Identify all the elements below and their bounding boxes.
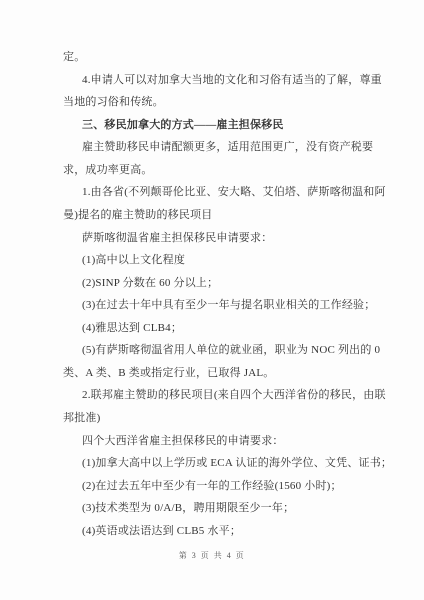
- list-item-line: (1)高中以上文化程度: [63, 249, 398, 272]
- text-line: 2.联邦雇主赞助的移民项目(来自四个大西洋省份的移民，由联: [63, 384, 398, 407]
- page-number: 第 3 页 共 4 页: [0, 550, 424, 562]
- list-item-line: (1)加拿大高中以上学历或 ECA 认证的海外学位、文凭、证书；: [63, 452, 398, 475]
- text-line: 萨斯喀彻温省雇主担保移民申请要求：: [63, 227, 398, 250]
- text-line: 邦批准): [63, 407, 398, 430]
- document-page: 定。 4.申请人可以对加拿大当地的文化和习俗有适当的了解，尊重 当地的习俗和传统…: [0, 0, 424, 600]
- list-item-line: (3)技术类型为 0/A/B，聘用期限至少一年；: [63, 497, 398, 520]
- list-item-line: (2)SINP 分数在 60 分以上；: [63, 272, 398, 295]
- text-line: 雇主赞助移民申请配额更多，适用范围更广，没有资产税要: [63, 136, 398, 159]
- list-item-line: (3)在过去十年中具有至少一年与提名职业相关的工作经验；: [63, 294, 398, 317]
- text-line: 四个大西洋省雇主担保移民的申请要求：: [63, 430, 398, 453]
- document-body: 定。 4.申请人可以对加拿大当地的文化和习俗有适当的了解，尊重 当地的习俗和传统…: [63, 46, 398, 542]
- text-line: 4.申请人可以对加拿大当地的文化和习俗有适当的了解，尊重: [63, 69, 398, 92]
- section-heading: 三、移民加拿大的方式——雇主担保移民: [63, 114, 398, 137]
- text-line: 当地的习俗和传统。: [63, 91, 398, 114]
- list-item-line: (4)英语或法语达到 CLB5 水平；: [63, 520, 398, 543]
- text-line: 定。: [63, 46, 398, 69]
- list-item-line: (5)有萨斯喀彻温省用人单位的就业函，职业为 NOC 列出的 0: [63, 339, 398, 362]
- text-line: 求，成功率更高。: [63, 159, 398, 182]
- list-item-line: (4)雅思达到 CLB4；: [63, 317, 398, 340]
- list-item-line: (2)在过去五年中至少有一年的工作经验(1560 小时)；: [63, 475, 398, 498]
- text-line: 曼)提名的雇主赞助的移民项目: [63, 204, 398, 227]
- text-line: 1.由各省(不列颠哥伦比亚、安大略、艾伯塔、萨斯喀彻温和阿: [63, 181, 398, 204]
- list-item-line: 类、A 类、B 类或指定行业，已取得 JAL。: [63, 362, 398, 385]
